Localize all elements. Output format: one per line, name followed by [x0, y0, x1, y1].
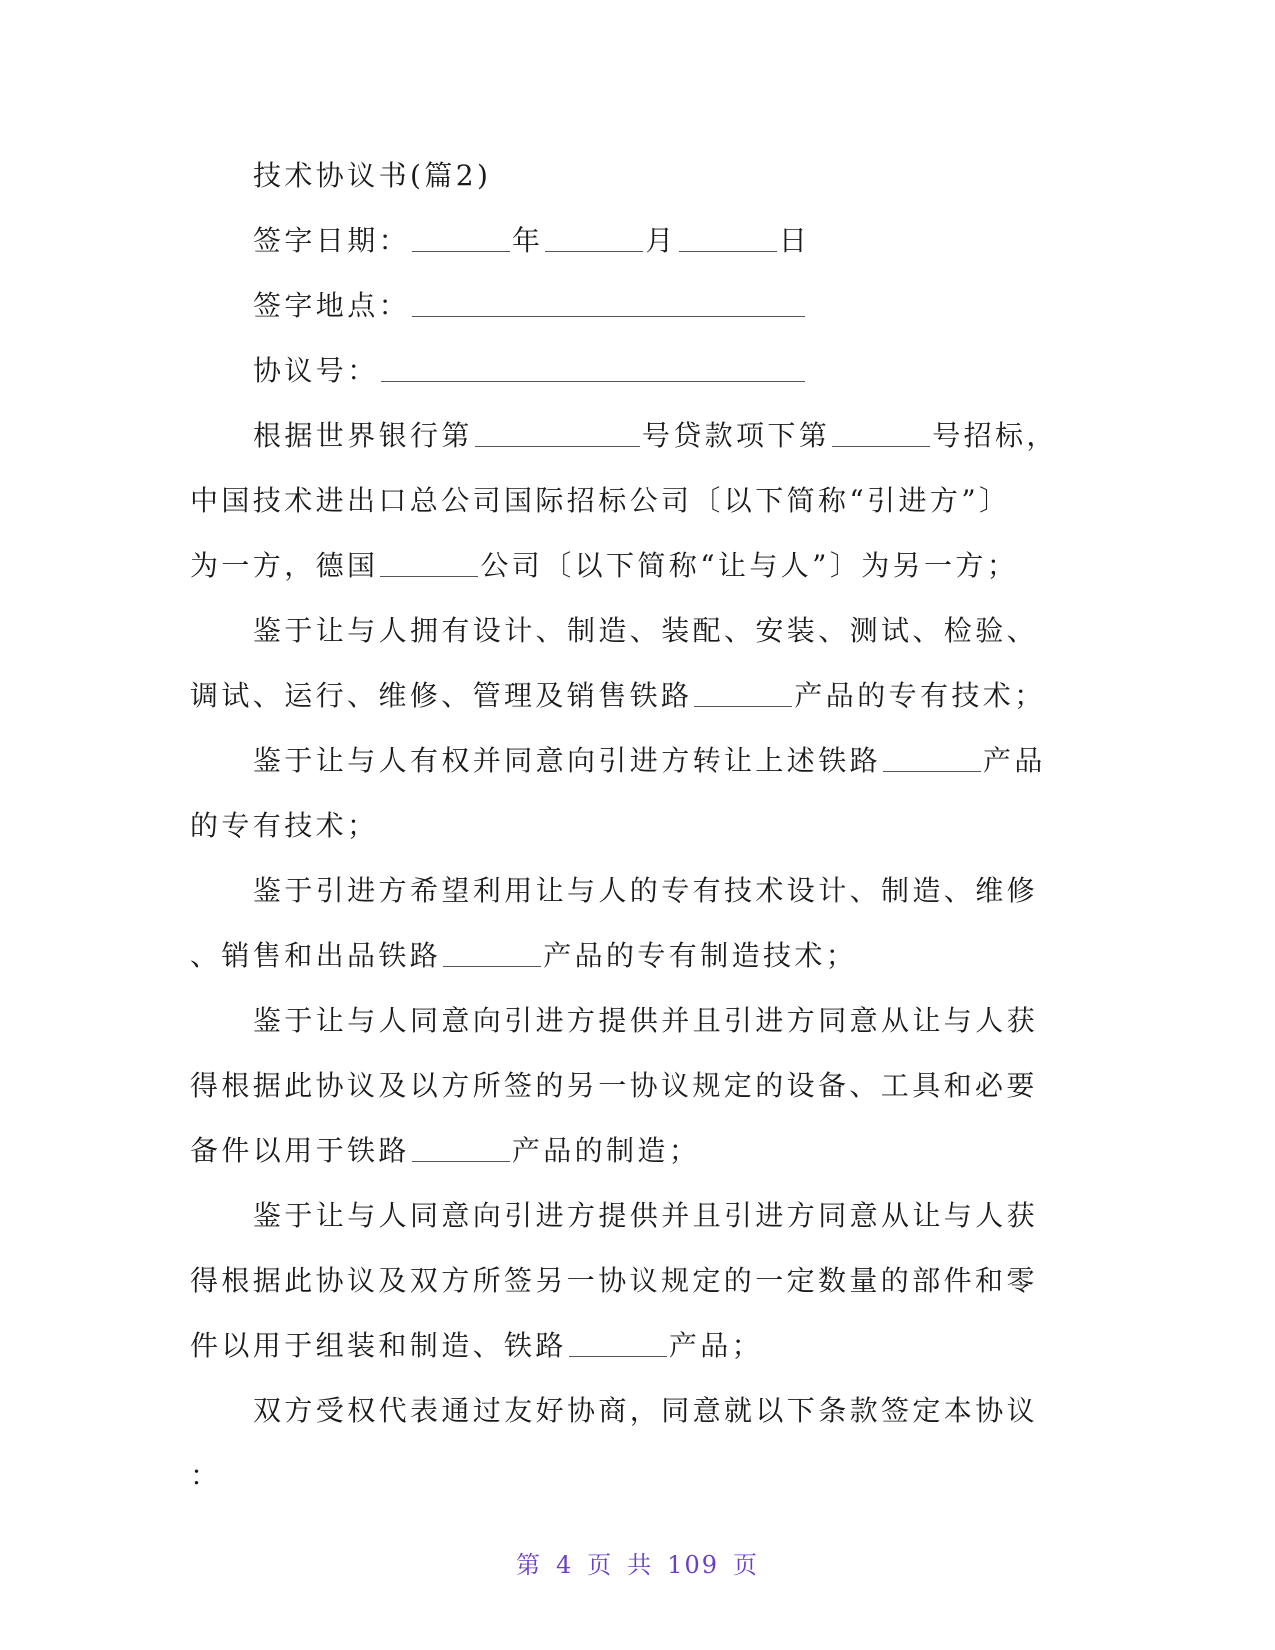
text: 产品 [983, 744, 1046, 777]
loan-no-blank[interactable] [475, 420, 640, 447]
text: 产品的制造； [512, 1134, 700, 1167]
text: 号招标， [932, 419, 1058, 452]
product-blank[interactable] [443, 940, 541, 967]
p6-line2: 得根据此协议及双方所签另一协议规定的一定数量的部件和零 [190, 1263, 1080, 1299]
p5-line1: 鉴于让与人同意向引进方提供并且引进方同意从让与人获 [253, 1003, 1143, 1039]
total-pages: 109 [667, 1551, 719, 1579]
text: 为一方，德国 [190, 549, 378, 582]
sign-place-blank[interactable] [412, 290, 805, 317]
text: 产品的专有技术； [794, 679, 1045, 712]
agreement-no-label: 协议号： [253, 354, 379, 387]
p2-line2: 调试、运行、维修、管理及销售铁路产品的专有技术； [190, 678, 1080, 714]
day-label: 日 [779, 224, 810, 257]
product-blank[interactable] [412, 1135, 510, 1162]
p4-line1: 鉴于引进方希望利用让与人的专有技术设计、制造、维修 [253, 873, 1143, 909]
agreement-no-line: 协议号： [253, 353, 1143, 389]
agreement-no-blank[interactable] [381, 355, 805, 382]
text: 、销售和出品铁路 [190, 939, 441, 972]
p5-line3: 备件以用于铁路产品的制造； [190, 1133, 1080, 1169]
text: 产品的专有制造技术； [543, 939, 857, 972]
year-blank[interactable] [412, 225, 510, 252]
tender-no-blank[interactable] [832, 420, 930, 447]
sign-place-line: 签字地点： [253, 288, 1143, 324]
document-title: 技术协议书(篇2) [253, 158, 1143, 194]
p5-line2: 得根据此协议及以方所签的另一协议规定的设备、工具和必要 [190, 1068, 1080, 1104]
year-label: 年 [512, 224, 543, 257]
text: 鉴于让与人有权并同意向引进方转让上述铁路 [253, 744, 881, 777]
footer-text: 第 [516, 1551, 542, 1579]
month-blank[interactable] [545, 225, 643, 252]
footer-text: 共 [627, 1551, 653, 1579]
p7-line1: 双方受权代表通过友好协商，同意就以下条款签定本协议 [253, 1393, 1143, 1429]
p3-line2: 的专有技术； [190, 808, 1080, 844]
month-label: 月 [645, 224, 676, 257]
text: 根据世界银行第 [253, 419, 473, 452]
sign-date-line: 签字日期：年月日 [253, 223, 1143, 259]
product-blank[interactable] [569, 1330, 667, 1357]
p4-line2: 、销售和出品铁路产品的专有制造技术； [190, 938, 1080, 974]
document-page: 技术协议书(篇2) 签字日期：年月日 签字地点： 协议号： 根据世界银行第号贷款… [0, 0, 1275, 1650]
day-blank[interactable] [679, 225, 777, 252]
p6-line3: 件以用于组装和制造、铁路产品； [190, 1328, 1080, 1364]
product-blank[interactable] [883, 745, 981, 772]
text: 公司〔以下简称“让与人”〕为另一方； [480, 549, 1018, 582]
text: 备件以用于铁路 [190, 1134, 410, 1167]
p6-line1: 鉴于让与人同意向引进方提供并且引进方同意从让与人获 [253, 1198, 1143, 1234]
product-blank[interactable] [694, 680, 792, 707]
text: 产品； [669, 1329, 763, 1362]
footer-text: 页 [587, 1551, 613, 1579]
text: 号贷款项下第 [642, 419, 830, 452]
sign-place-label: 签字地点： [253, 289, 410, 322]
footer-text: 页 [733, 1551, 759, 1579]
company-blank[interactable] [380, 550, 478, 577]
page-number-footer: 第4页共109页 [0, 1545, 1275, 1580]
p3-line1: 鉴于让与人有权并同意向引进方转让上述铁路产品 [253, 743, 1143, 779]
p2-line1: 鉴于让与人拥有设计、制造、装配、安装、测试、检验、 [253, 613, 1143, 649]
p1-line1: 根据世界银行第号贷款项下第号招标， [253, 418, 1143, 454]
text: 件以用于组装和制造、铁路 [190, 1329, 567, 1362]
current-page: 4 [556, 1551, 573, 1579]
sign-date-label: 签字日期： [253, 224, 410, 257]
text: 调试、运行、维修、管理及销售铁路 [190, 679, 692, 712]
p1-line2: 中国技术进出口总公司国际招标公司〔以下简称“引进方”〕 [190, 483, 1080, 519]
p7-line2: ： [190, 1458, 1080, 1494]
p1-line3: 为一方，德国公司〔以下简称“让与人”〕为另一方； [190, 548, 1080, 584]
